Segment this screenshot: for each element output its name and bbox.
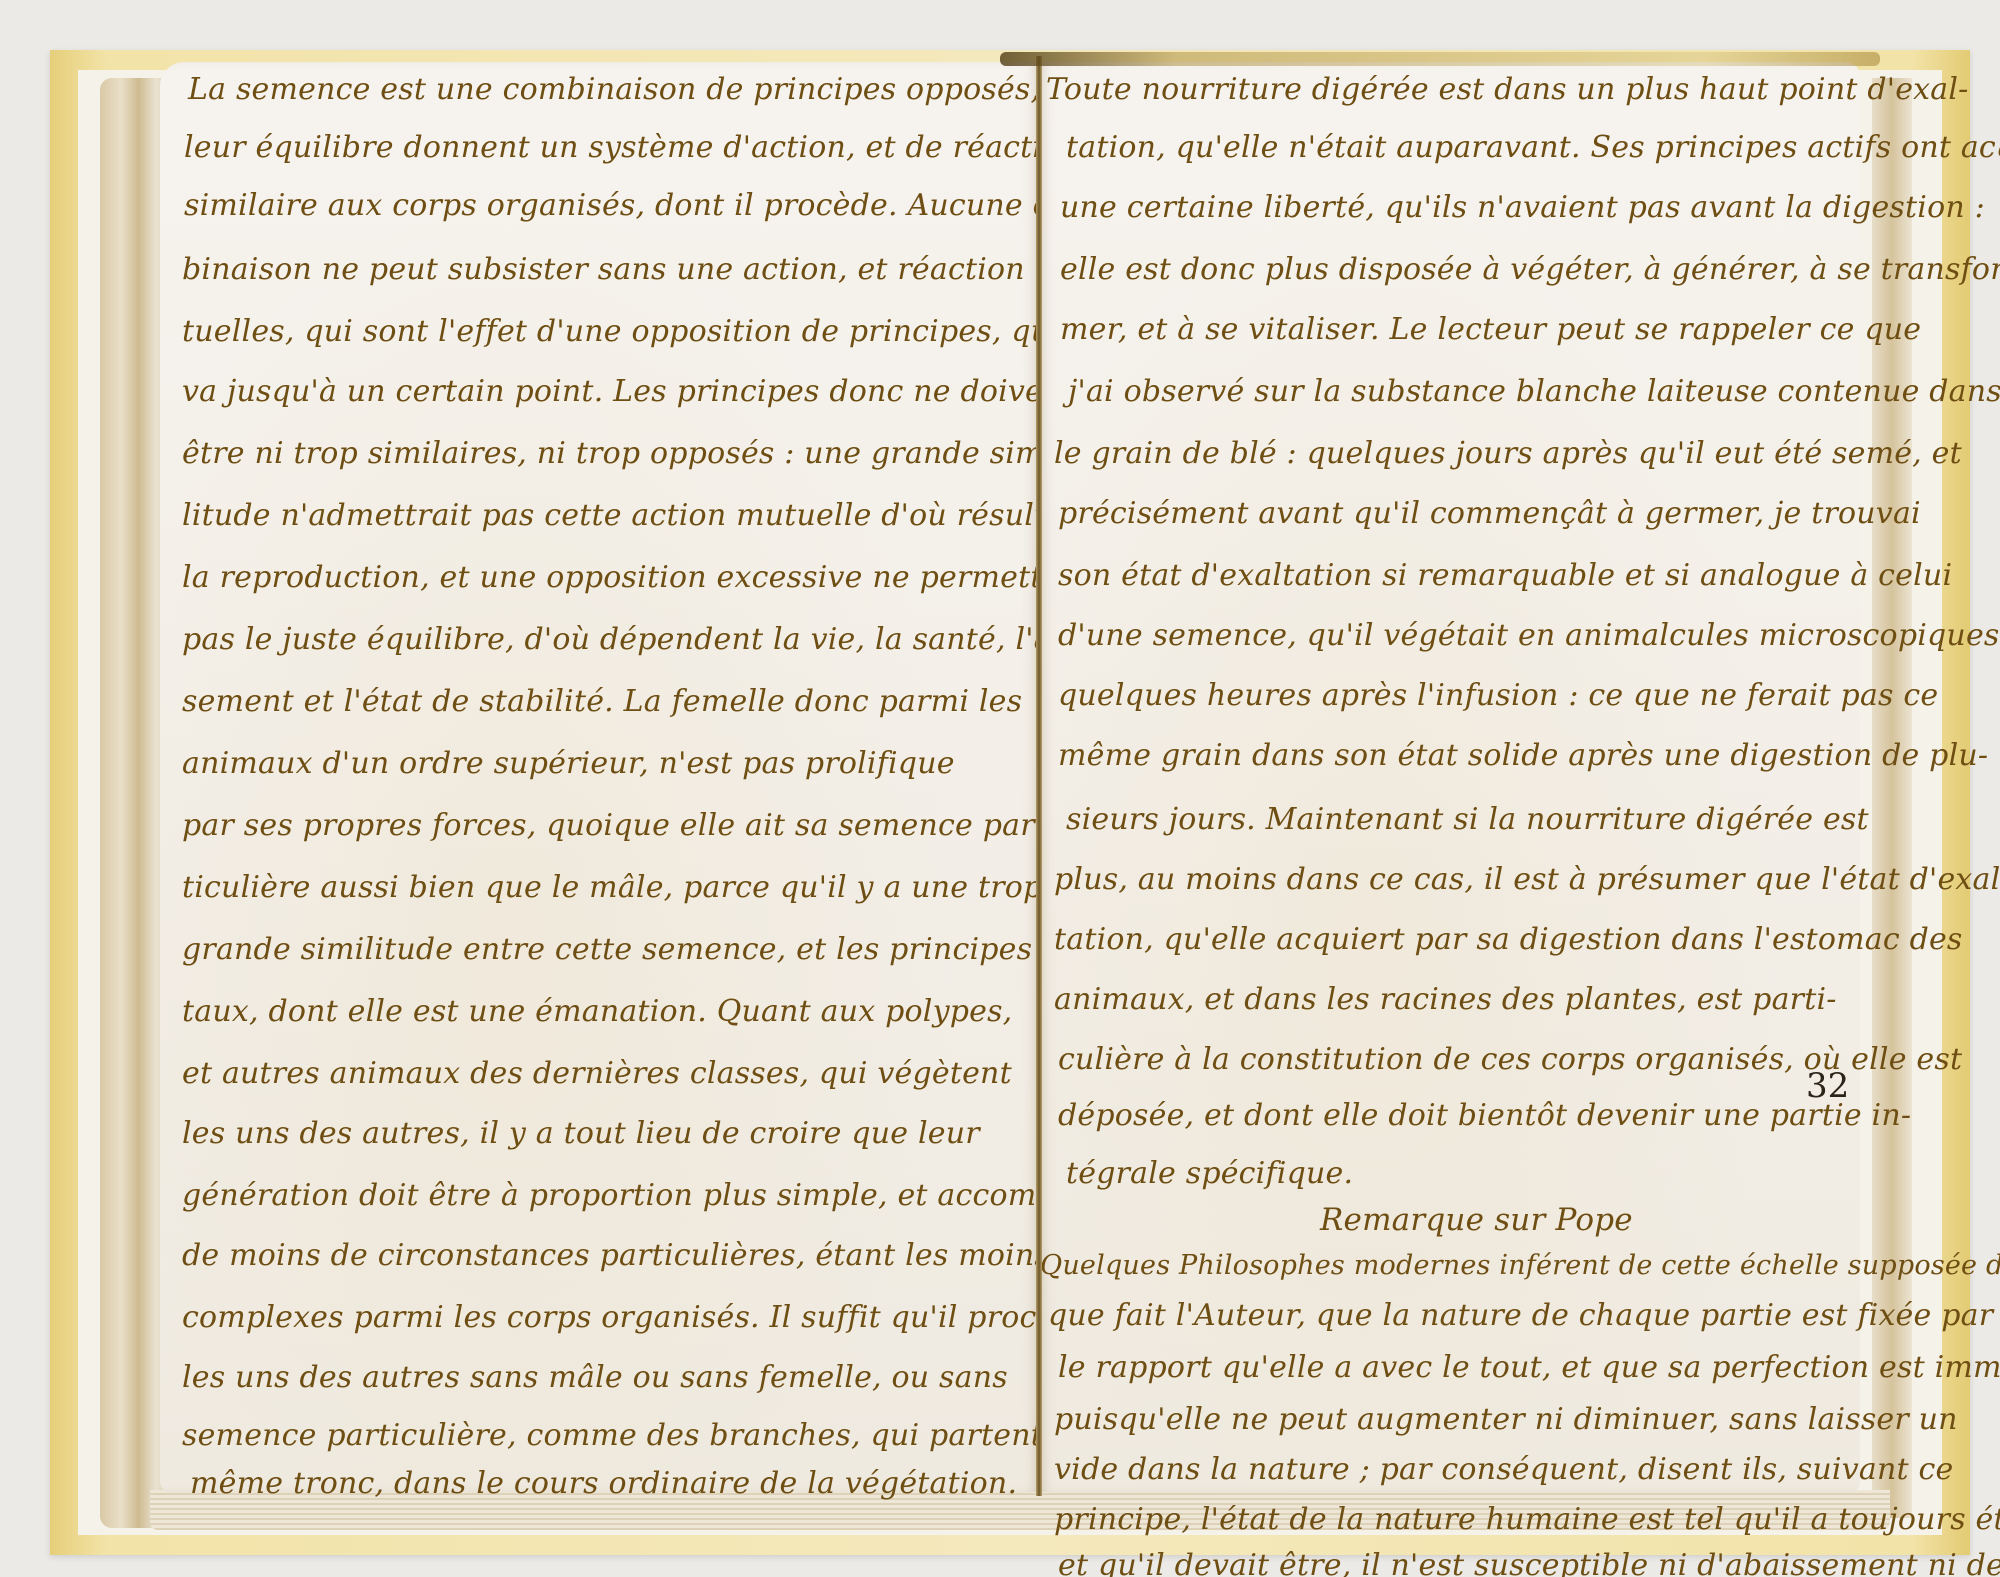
manuscript-line: tuelles, qui sont l'effet d'une oppositi… — [182, 314, 1060, 349]
manuscript-line: vide dans la nature ; par conséquent, di… — [1054, 1452, 1953, 1487]
manuscript-line: puisqu'elle ne peut augmenter ni diminue… — [1054, 1402, 1958, 1437]
book-gutter — [1036, 56, 1042, 1496]
manuscript-line: mer, et à se vitaliser. Le lecteur peut … — [1060, 312, 1921, 347]
manuscript-line: même tronc, dans le cours ordinaire de l… — [190, 1466, 1017, 1501]
manuscript-line: et qu'il devait être, il n'est susceptib… — [1058, 1548, 2000, 1577]
manuscript-line: tation, qu'elle n'était auparavant. Ses … — [1066, 130, 2000, 165]
manuscript-line: son état d'exaltation si remarquable et … — [1058, 558, 1952, 593]
manuscript-line: Toute nourriture digérée est dans un plu… — [1046, 72, 1969, 107]
section-heading: Remarque sur Pope — [1320, 1202, 1633, 1238]
folio-number: 32 — [1806, 1066, 1849, 1106]
manuscript-line: La semence est une combinaison de princi… — [188, 72, 1160, 107]
manuscript-line: taux, dont elle est une émanation. Quant… — [182, 994, 1012, 1029]
manuscript-line: grande similitude entre cette semence, e… — [182, 932, 1079, 967]
manuscript-line: elle est donc plus disposée à végéter, à… — [1060, 252, 2000, 287]
top-edge-stain — [1000, 52, 1880, 66]
manuscript-line: pas le juste équilibre, d'où dépendent l… — [182, 622, 1154, 657]
manuscript-line: binaison ne peut subsister sans une acti… — [182, 252, 1093, 287]
manuscript-line: j'ai observé sur la substance blanche la… — [1068, 374, 2000, 409]
manuscript-line: précisément avant qu'il commençât à germ… — [1058, 496, 1921, 531]
manuscript-line: similaire aux corps organisés, dont il p… — [184, 188, 1107, 223]
manuscript-line: que fait l'Auteur, que la nature de chaq… — [1048, 1298, 1993, 1333]
manuscript-line: animaux d'un ordre supérieur, n'est pas … — [182, 746, 955, 781]
manuscript-line: le rapport qu'elle a avec le tout, et qu… — [1058, 1350, 2000, 1385]
manuscript-line: par ses propres forces, quoique elle ait… — [182, 808, 1045, 843]
manuscript-line: leur équilibre donnent un système d'acti… — [184, 130, 1090, 165]
manuscript-line: va jusqu'à un certain point. Les princip… — [182, 374, 1075, 409]
manuscript-line: Quelques Philosophes modernes inférent d… — [1040, 1250, 2000, 1281]
manuscript-line: plus, au moins dans ce cas, il est à pré… — [1054, 862, 2000, 897]
manuscript-line: semence particulière, comme des branches… — [182, 1418, 1092, 1453]
manuscript-line: quelques heures après l'infusion : ce qu… — [1058, 678, 1938, 713]
manuscript-line: d'une semence, qu'il végétait en animalc… — [1058, 618, 2000, 653]
manuscript-line: animaux, et dans les racines des plantes… — [1054, 982, 1837, 1017]
manuscript-line: ticulière aussi bien que le mâle, parce … — [182, 870, 1042, 905]
manuscript-line: sieurs jours. Maintenant si la nourritur… — [1066, 802, 1869, 837]
left-page: La semence est une combinaison de princi… — [160, 62, 1038, 1492]
manuscript-line: complexes parmi les corps organisés. Il … — [182, 1300, 1124, 1335]
manuscript-line: de moins de circonstances particulières,… — [182, 1238, 1050, 1273]
manuscript-line: une certaine liberté, qu'ils n'avaient p… — [1060, 190, 1985, 225]
manuscript-line: litude n'admettrait pas cette action mut… — [182, 498, 1064, 533]
manuscript-line: tégrale spécifique. — [1066, 1156, 1353, 1191]
manuscript-line: même grain dans son état solide après un… — [1058, 738, 1988, 773]
manuscript-line: déposée, et dont elle doit bientôt deven… — [1058, 1098, 1911, 1133]
manuscript-line: être ni trop similaires, ni trop opposés… — [182, 436, 1064, 471]
right-page: Toute nourriture digérée est dans un plu… — [1040, 62, 1860, 1492]
manuscript-line: les uns des autres, il y a tout lieu de … — [182, 1116, 980, 1151]
manuscript-line: sement et l'état de stabilité. La femell… — [182, 684, 1022, 719]
manuscript-line: le grain de blé : quelques jours après q… — [1054, 436, 1962, 471]
manuscript-line: génération doit être à proportion plus s… — [182, 1178, 1149, 1213]
manuscript-line: tation, qu'elle acquiert par sa digestio… — [1054, 922, 1963, 957]
manuscript-line: principe, l'état de la nature humaine es… — [1054, 1502, 2000, 1537]
manuscript-line: et autres animaux des dernières classes,… — [182, 1056, 1012, 1091]
manuscript-line: la reproduction, et une opposition exces… — [182, 560, 1097, 595]
manuscript-line: les uns des autres sans mâle ou sans fem… — [182, 1360, 1008, 1395]
